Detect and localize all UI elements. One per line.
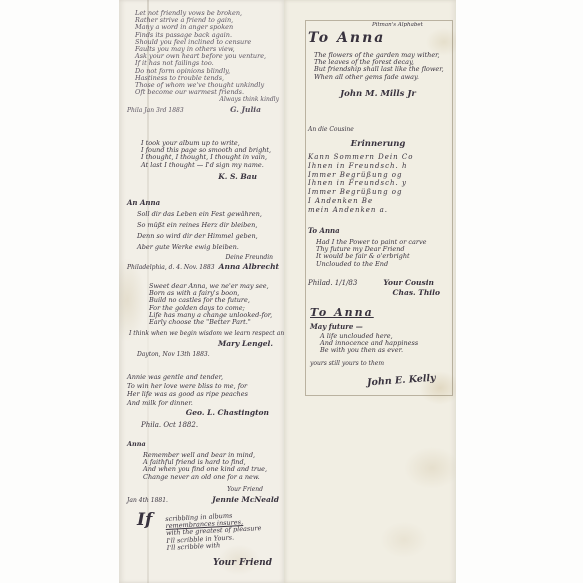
album-page-right: Pitman's Alphabet To Anna The flowers of… <box>284 0 456 583</box>
entry-heading: To Anna <box>310 306 448 319</box>
album-entry-power-verse: To Anna Had I the Power to paint or carv… <box>308 226 448 297</box>
handwritten-line: Be with you then as ever. <box>320 347 448 354</box>
entry-heading: An die Cousine <box>308 126 448 133</box>
entry-signature: Chas. Thilo <box>308 288 440 297</box>
scanned-document: Let not friendly vows be broken,Rather s… <box>0 0 583 583</box>
handwritten-line: Unclouded to the End <box>316 261 448 268</box>
entry-heading: Anna <box>127 440 279 448</box>
entry-heading: To Anna <box>308 30 448 46</box>
page-header-note: Pitman's Alphabet <box>372 22 423 28</box>
verse-lines: Kann Sommern Dein CoIhnen in Freundsch. … <box>308 153 448 215</box>
entry-closing: Your Cousin <box>383 278 434 287</box>
entry-signature: Anna Albrecht <box>219 262 279 271</box>
handwritten-line: And milk for dinner. <box>127 399 279 408</box>
handwritten-line: Ihnen in Freundsch. y <box>308 179 448 188</box>
verse-lines: Soll dir das Leben ein Fest gewähren,So … <box>137 209 279 253</box>
handwritten-line: Her life was as good as ripe peaches <box>127 390 279 399</box>
verse-lines: Had I the Power to paint or carveThy fut… <box>316 239 448 268</box>
verse-lines: scribbling in albumsremembrances insures… <box>165 510 279 552</box>
handwritten-line: Denn so wird dir der Himmel geben, <box>137 231 279 242</box>
handwritten-line: So müßt ein reines Herz dir bleiben, <box>137 220 279 231</box>
entry-initial: If <box>137 510 152 530</box>
entry-signature: Geo. L. Chastington <box>127 408 269 417</box>
verse-lines: Sweet dear Anna, we ne'er may see,Born a… <box>149 283 277 326</box>
album-entry-german-verse: An Anna Soll dir das Leben ein Fest gewä… <box>127 198 279 271</box>
handwritten-line: Immer Begrüßung og <box>308 188 448 197</box>
handwritten-line: Soll dir das Leben ein Fest gewähren, <box>137 209 279 220</box>
handwritten-line: Ihnen in Freundsch. h <box>308 162 448 171</box>
handwritten-line: Immer Begrüßung og <box>308 171 448 180</box>
entry-signature: Jennie McNeald <box>212 495 279 504</box>
verse-lines: Let not friendly vows be broken,Rather s… <box>135 10 279 96</box>
verse-lines: Remember well and bear in mind,A faithfu… <box>143 452 279 481</box>
entry-signature: Your Friend <box>213 558 279 568</box>
album-entry-friendship-verse: To Anna The flowers of the garden may wi… <box>308 30 448 99</box>
album-entry-future-verse: To Anna May future — A life unclouded he… <box>310 306 448 387</box>
entry-date: Philad. 1/1/83 <box>308 279 357 287</box>
verse-lines: A life unclouded here,And innocence and … <box>320 333 448 355</box>
handwritten-line: Oft become our warmest friends. <box>135 89 279 96</box>
entry-title-word: Erinnerung <box>308 139 448 149</box>
entry-closing: yours still yours to them <box>310 360 448 367</box>
handwritten-line: Annie was gentle and tender, <box>127 373 279 382</box>
entry-date: Dayton, Nov 13th 1883. <box>137 351 277 358</box>
entry-date: Jan 4th 1881. <box>127 497 168 504</box>
entry-signature: G. Julia <box>230 105 261 114</box>
handwritten-line: Kann Sommern Dein Co <box>308 153 448 162</box>
album-entry-remember-verse: Anna Remember well and bear in mind,A fa… <box>127 440 279 504</box>
handwritten-line: mein Andenken a. <box>308 206 448 215</box>
album-entry-censure-verse: Let not friendly vows be broken,Rather s… <box>127 10 279 114</box>
handwritten-line: To win her love were bliss to me, for <box>127 382 279 391</box>
album-page-left: Let not friendly vows be broken,Rather s… <box>119 0 284 583</box>
entry-date: Philadelphia, d. 4. Nov. 1883 <box>127 264 215 271</box>
entry-signature: Mary Lengel. <box>129 339 273 348</box>
entry-closing: Your Friend <box>127 486 263 493</box>
handwritten-line: Aber gute Werke ewig bleiben. <box>137 242 279 253</box>
verse-lines: I took your album up to write,I found th… <box>141 140 275 169</box>
entry-subheading: May future — <box>310 322 448 331</box>
entry-heading: To Anna <box>308 226 448 235</box>
entry-heading: An Anna <box>127 198 279 207</box>
album-entry-album-verse: I took your album up to write,I found th… <box>141 140 275 181</box>
entry-closing: Deine Freundin <box>127 254 273 261</box>
verse-lines: Annie was gentle and tender,To win her l… <box>127 373 279 407</box>
album-entry-anna-verse: Sweet dear Anna, we ne'er may see,Born a… <box>129 283 277 358</box>
handwritten-line: Early choose the "Better Part." <box>149 319 277 326</box>
entry-closing: Always think kindly <box>127 96 279 103</box>
handwritten-line: I Andenken Be <box>308 197 448 206</box>
entry-signature: John E. Kelly <box>367 372 436 388</box>
verse-lines: The flowers of the garden may wither,The… <box>314 52 448 81</box>
entry-signature: John M. Mills Jr <box>308 89 448 99</box>
entry-postscript: I think when we begin wisdom we learn re… <box>129 330 277 337</box>
entry-signature: K. S. Bau <box>141 172 257 181</box>
handwritten-line: When all other gems fade away. <box>314 74 448 81</box>
handwritten-line: At last I thought — I'd sign my name. <box>141 162 275 169</box>
entry-date: Phila Jan 3rd 1883 <box>127 107 184 114</box>
album-entry-annie-verse: Annie was gentle and tender,To win her l… <box>127 373 279 429</box>
entry-date: Phila. Oct 1882. <box>141 421 279 429</box>
handwritten-line: Change never an old one for a new. <box>143 474 279 481</box>
album-entry-kurrent-script: An die Cousine Erinnerung Kann Sommern D… <box>308 126 448 215</box>
album-entry-scribble-verse: If scribbling in albumsremembrances insu… <box>129 506 279 568</box>
